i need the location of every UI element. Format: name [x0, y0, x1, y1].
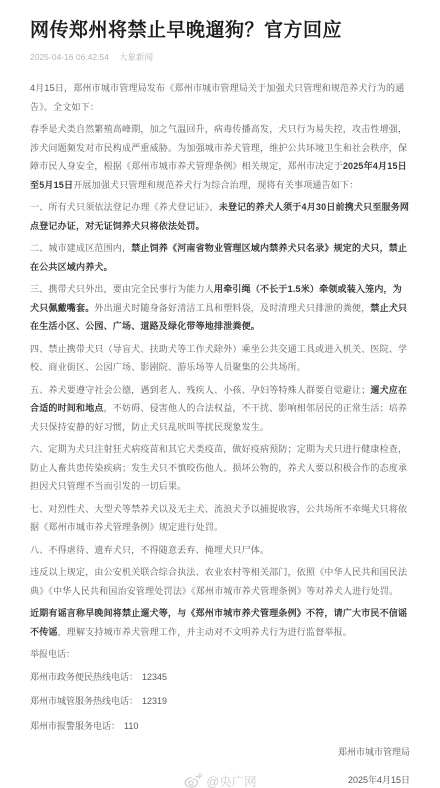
article-paragraph: 二、城市建成区范围内，禁止饲养《河南省物业管理区域内禁养犬只名录》规定的犬只，禁… — [30, 239, 410, 276]
article-dateline: 2025-04-16 06:42:54 大象新闻 — [30, 51, 410, 63]
hotline-number: 110 — [124, 721, 138, 731]
text-segment: ，理解支持城市养犬管理工作，并主动对不文明养犬行为进行监督举报。 — [58, 627, 352, 637]
text-segment: 开展加强犬只管理和规范养犬行为综合治理，现将有关事项通告如下： — [73, 180, 358, 190]
article-paragraph: 春季是犬类自然繁殖高峰期，加之气温回升，病毒传播高发，犬只行为易失控，攻击性增强… — [30, 120, 410, 194]
text-segment: 三、携带犬只外出，要由完全民事行为能力人 — [30, 284, 214, 294]
article-paragraph: 4月15日，郑州市城市管理局发布《郑州市城市管理局关于加强犬只管理和规范养犬行为… — [30, 79, 410, 116]
text-segment: 4月15日，郑州市城市管理局发布《郑州市城市管理局关于加强犬只管理和规范养犬行为… — [30, 83, 404, 112]
text-segment: 四、禁止携带犬只（导盲犬、扶助犬等工作犬除外）乘坐公共交通工具或进入机关、医院、… — [30, 344, 407, 373]
publish-datetime: 2025-04-16 06:42:54 — [30, 52, 109, 62]
hotline-number: 12345 — [142, 672, 167, 682]
text-segment: 外出遛犬时随身备好清洁工具和塑料袋，及时清理犬只排泄的粪便， — [94, 303, 370, 313]
article-paragraph: 八、不得虐待、遗弃犬只，不得随意丢弃、掩埋犬只尸体。 — [30, 541, 410, 560]
article-paragraph: 一、所有犬只须依法登记办理《养犬登记证》，未登记的养犬人须于4月30日前携犬只至… — [30, 198, 410, 235]
signature-agency: 郑州市城市管理局 — [30, 743, 410, 762]
hotline-city-management: 郑州市城管服务热线电话：12319 — [30, 692, 410, 711]
report-hotlines-label: 举报电话： — [30, 645, 410, 664]
text-segment: 七、对烈性犬、大型犬等禁养犬以及无主犬、流浪犬予以捕捉收容，公共场所不牵绳犬只将… — [30, 504, 407, 533]
watermark-handle: @央广网 — [206, 772, 256, 788]
text-segment: 五、养犬要遵守社会公德，遇到老人、残疾人、小孩、孕妇等特殊人群要自觉避让； — [30, 385, 370, 395]
article-paragraph: 七、对烈性犬、大型犬等禁养犬以及无主犬、流浪犬予以捕捉收容，公共场所不牵绳犬只将… — [30, 500, 410, 537]
article-body: 4月15日，郑州市城市管理局发布《郑州市城市管理局关于加强犬只管理和规范养犬行为… — [30, 79, 410, 641]
article-page: 网传郑州将禁止早晚遛狗？官方回应 2025-04-16 06:42:54 大象新… — [0, 0, 440, 788]
hotline-label: 郑州市政务便民热线电话： — [30, 672, 138, 682]
text-segment: 六、定期为犬只注射狂犬病疫苗和其它犬类疫苗，做好疫病预防；定期为犬只进行健康检查… — [30, 444, 407, 491]
article-paragraph: 近期有谣言称早晚间将禁止遛犬等，与《郑州市城市养犬管理条例》不符，请广大市民不信… — [30, 604, 410, 641]
hotline-police: 郑州市报警服务电话：110 — [30, 717, 410, 736]
hotline-government: 郑州市政务便民热线电话：12345 — [30, 668, 410, 687]
hotline-number: 12319 — [142, 696, 167, 706]
text-segment: 违反以上规定，由公安机关联合综合执法、农业农村等相关部门，依照《中华人民共和国民… — [30, 567, 407, 596]
cnr-weibo-logo-icon — [183, 773, 202, 788]
text-segment: 八、不得虐待、遗弃犬只，不得随意丢弃、掩埋犬只尸体。 — [30, 545, 269, 555]
article-paragraph: 违反以上规定，由公安机关联合综合执法、农业农村等相关部门，依照《中华人民共和国民… — [30, 563, 410, 600]
hotline-label: 郑州市报警服务电话： — [30, 721, 120, 731]
watermark: @央广网 — [183, 772, 256, 788]
article-paragraph: 六、定期为犬只注射狂犬病疫苗和其它犬类疫苗，做好疫病预防；定期为犬只进行健康检查… — [30, 440, 410, 496]
article-paragraph: 四、禁止携带犬只（导盲犬、扶助犬等工作犬除外）乘坐公共交通工具或进入机关、医院、… — [30, 340, 410, 377]
hotline-label: 郑州市城管服务热线电话： — [30, 696, 138, 706]
text-segment: 一、所有犬只须依法登记办理《养犬登记证》， — [30, 202, 219, 212]
text-segment: 二、城市建成区范围内， — [30, 243, 131, 253]
article-title: 网传郑州将禁止早晚遛狗？官方回应 — [30, 18, 410, 44]
article-paragraph: 三、携带犬只外出，要由完全民事行为能力人用牵引绳（不长于1.5米）牵领或装入笼内… — [30, 280, 410, 336]
publish-source: 大象新闻 — [119, 51, 153, 63]
article-paragraph: 五、养犬要遵守社会公德，遇到老人、残疾人、小孩、孕妇等特殊人群要自觉避让；遛犬应… — [30, 381, 410, 437]
